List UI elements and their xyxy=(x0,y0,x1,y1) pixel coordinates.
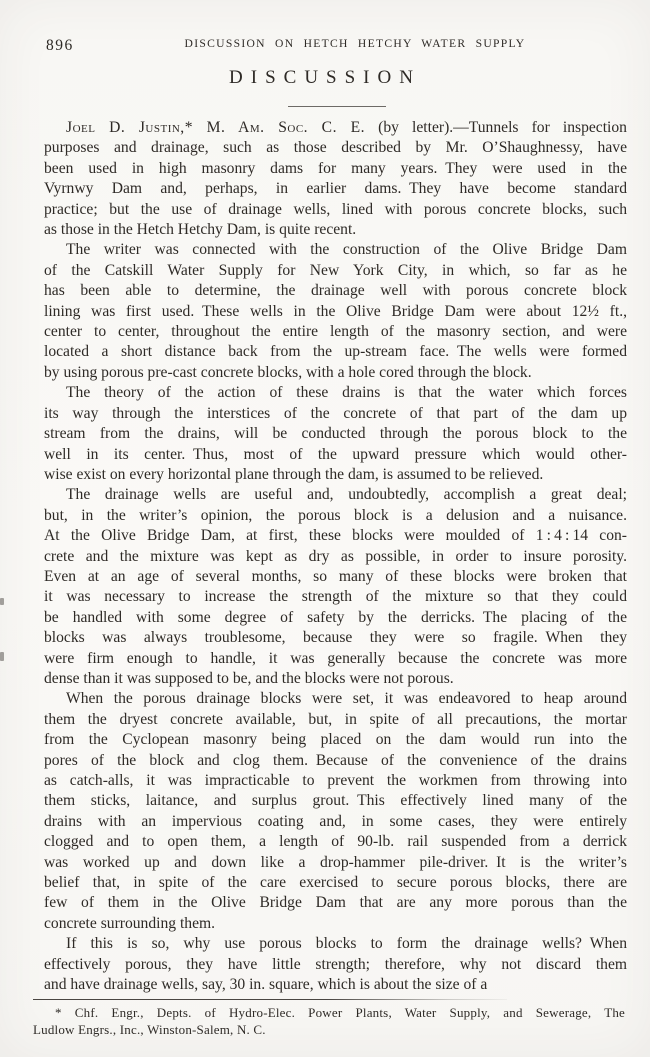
text-line: effectively porous, they have little str… xyxy=(44,955,627,975)
text-line: from the Cyclopean masonry being placed … xyxy=(44,730,627,750)
text-line: At the Olive Bridge Dam, at first, these… xyxy=(44,526,627,546)
text-line: pores of the block and clog them. Becaus… xyxy=(44,751,627,771)
text-line: Even at an age of several months, so man… xyxy=(44,567,627,587)
scan-speck xyxy=(0,598,4,605)
footnote: * Chf. Engr., Depts. of Hydro-Elec. Powe… xyxy=(33,1005,625,1038)
paragraph: If this is so, why use porous blocks to … xyxy=(44,934,627,995)
text-line: wise exist on every horizontal plane thr… xyxy=(44,465,627,485)
paragraph: The writer was connected with the constr… xyxy=(44,240,627,383)
text-line: When the porous drainage blocks were set… xyxy=(44,689,627,709)
text-line: crete and the mixture was kept as dry as… xyxy=(44,547,627,567)
text-line: The theory of the action of these drains… xyxy=(44,383,627,403)
text-line: clogged and to open them, a length of 90… xyxy=(44,832,627,852)
page-number: 896 xyxy=(46,37,74,55)
paragraph: The drainage wells are useful and, undou… xyxy=(44,485,627,689)
footnote-line: * Chf. Engr., Depts. of Hydro-Elec. Powe… xyxy=(33,1005,625,1022)
section-title: DISCUSSION xyxy=(14,67,628,89)
text-line: be handled with some degree of safety by… xyxy=(44,608,627,628)
text-line: stream from the drains, will be conducte… xyxy=(44,424,627,444)
text-line: its way through the interstices of the c… xyxy=(44,404,627,424)
text-line: as catch-alls, it was impracticable to p… xyxy=(44,771,627,791)
author-name: Joel D. Justin,* M. Am. Soc. C. E. xyxy=(66,119,365,136)
text-line: purposes and drainage, such as those des… xyxy=(44,138,627,158)
text-line: but, in the writer’s opinion, the porous… xyxy=(44,506,627,526)
paragraph: The theory of the action of these drains… xyxy=(44,383,627,485)
article-body: Joel D. Justin,* M. Am. Soc. C. E. (by l… xyxy=(44,118,627,995)
text-line: If this is so, why use porous blocks to … xyxy=(44,934,627,954)
text-line: well in its center. Thus, most of the up… xyxy=(44,445,627,465)
text-line: of the Catskill Water Supply for New Yor… xyxy=(44,261,627,281)
text-line: The drainage wells are useful and, undou… xyxy=(44,485,627,505)
text-line: been used in high masonry dams for many … xyxy=(44,159,627,179)
text-line: by using porous pre-cast concrete blocks… xyxy=(44,363,627,383)
text-line: lining was first used. These wells in th… xyxy=(44,302,627,322)
text-line: as those in the Hetch Hetchy Dam, is qui… xyxy=(44,220,627,240)
text-line: Vyrnwy Dam and, perhaps, in earlier dams… xyxy=(44,179,627,199)
text-line: was worked up and down like a drop-hamme… xyxy=(44,853,627,873)
text-line: located a short distance back from the u… xyxy=(44,342,627,362)
text-line: them the dryest concrete available, but,… xyxy=(44,710,627,730)
paragraph: Joel D. Justin,* M. Am. Soc. C. E. (by l… xyxy=(44,118,627,240)
text-line: concrete surrounding them. xyxy=(44,914,627,934)
title-rule xyxy=(288,106,386,107)
text-line: Joel D. Justin,* M. Am. Soc. C. E. (by l… xyxy=(44,118,627,138)
text-line: The writer was connected with the constr… xyxy=(44,240,627,260)
document-page: 896 DISCUSSION ON HETCH HETCHY WATER SUP… xyxy=(0,0,650,1057)
text-line: it was necessary to increase the strengt… xyxy=(44,587,627,607)
paragraph: When the porous drainage blocks were set… xyxy=(44,689,627,934)
scan-speck xyxy=(0,652,4,661)
text-line: and have drainage wells, say, 30 in. squ… xyxy=(44,975,627,995)
text-line: belief that, in spite of the care exerci… xyxy=(44,873,627,893)
text-line: dense than it was supposed to be, and th… xyxy=(44,669,627,689)
footnote-rule xyxy=(33,999,507,1000)
text-line: center to center, throughout the entire … xyxy=(44,322,627,342)
text-line: were firm enough to handle, it was gener… xyxy=(44,649,627,669)
running-head: DISCUSSION ON HETCH HETCHY WATER SUPPLY xyxy=(44,37,626,50)
footnote-line: Ludlow Engrs., Inc., Winston-Salem, N. C… xyxy=(33,1022,625,1039)
page-header: 896 DISCUSSION ON HETCH HETCHY WATER SUP… xyxy=(44,37,626,55)
text-line: has been able to determine, the drainage… xyxy=(44,281,627,301)
text-line: few of them in the Olive Bridge Dam that… xyxy=(44,893,627,913)
text-line: blocks was always troublesome, because t… xyxy=(44,628,627,648)
text-line: drains with an impervious coating and, i… xyxy=(44,812,627,832)
text-line: them sticks, laitance, and surplus grout… xyxy=(44,791,627,811)
text-line: practice; but the use of drainage wells,… xyxy=(44,200,627,220)
